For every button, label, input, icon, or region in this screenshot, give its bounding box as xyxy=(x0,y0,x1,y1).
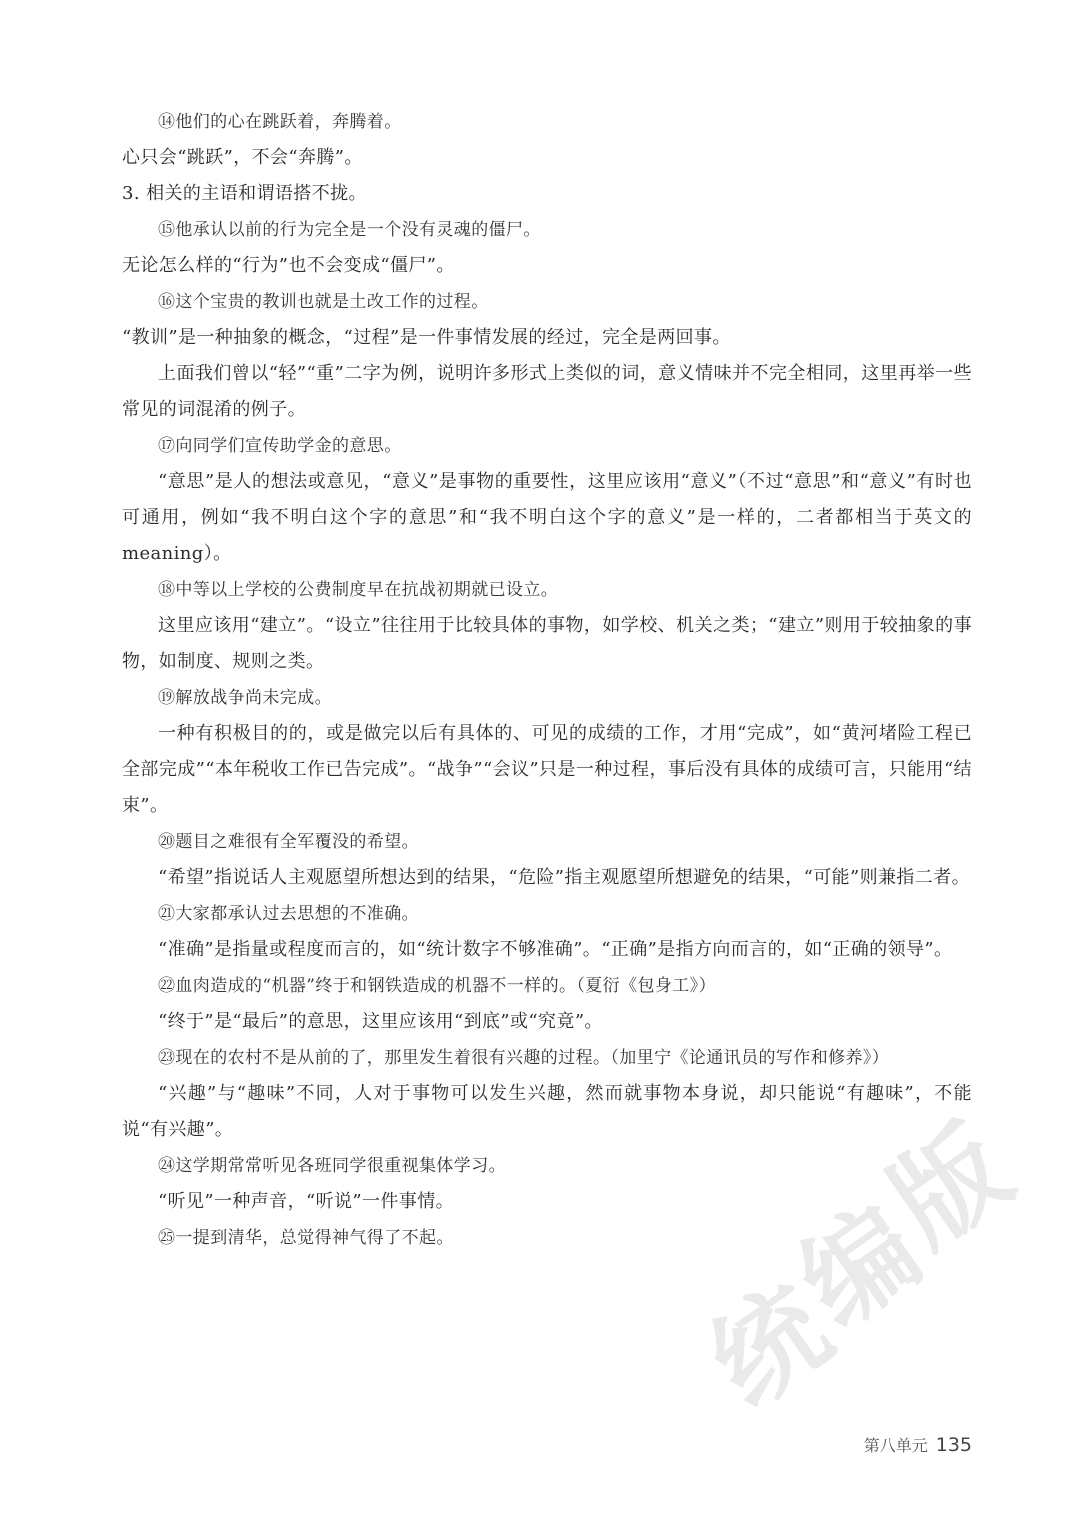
watermark-char-1: 统 xyxy=(675,1243,856,1436)
example-sentence-25: ㉕一提到清华，总觉得神气得了不起。 xyxy=(122,1220,972,1256)
explanation-16: “教训”是一种抽象的概念，“过程”是一件事情发展的经过，完全是两回事。 xyxy=(122,320,972,356)
explanation-24: “听见”一种声音，“听说”一件事情。 xyxy=(122,1184,972,1220)
explanation-21: “准确”是指量或程度而言的，如“统计数字不够准确”。“正确”是指方向而言的，如“… xyxy=(122,932,972,968)
explanation-22: “终于”是“最后”的意思，这里应该用“到底”或“究竟”。 xyxy=(122,1004,972,1040)
example-sentence-19: ⑲解放战争尚未完成。 xyxy=(122,680,972,716)
explanation-14: 心只会“跳跃”，不会“奔腾”。 xyxy=(122,140,972,176)
example-sentence-18: ⑱中等以上学校的公费制度早在抗战初期就已设立。 xyxy=(122,572,972,608)
explanation-18: 这里应该用“建立”。“设立”往往用于比较具体的事物，如学校、机关之类；“建立”则… xyxy=(122,608,972,680)
page-footer: 第八单元135 xyxy=(864,1433,972,1456)
example-sentence-16: ⑯这个宝贵的教训也就是土改工作的过程。 xyxy=(122,284,972,320)
example-sentence-22: ㉒血肉造成的“机器”终于和钢铁造成的机器不一样的。（夏衍《包身工》） xyxy=(122,968,972,1004)
explanation-17: “意思”是人的想法或意见，“意义”是事物的重要性，这里应该用“意义”（不过“意思… xyxy=(122,464,972,572)
example-sentence-23: ㉓现在的农村不是从前的了，那里发生着很有兴趣的过程。（加里宁《论通讯员的写作和修… xyxy=(122,1040,972,1076)
explanation-15: 无论怎么样的“行为”也不会变成“僵尸”。 xyxy=(122,248,972,284)
example-sentence-20: ⑳题目之难很有全军覆没的希望。 xyxy=(122,824,972,860)
intro-paragraph: 上面我们曾以“轻”“重”二字为例，说明许多形式上类似的词，意义情味并不完全相同，… xyxy=(122,356,972,428)
explanation-23: “兴趣”与“趣味”不同，人对于事物可以发生兴趣，然而就事物本身说，却只能说“有趣… xyxy=(122,1076,972,1148)
explanation-20: “希望”指说话人主观愿望所想达到的结果，“危险”指主观愿望所想避免的结果，“可能… xyxy=(122,860,972,896)
example-sentence-14: ⑭他们的心在跳跃着，奔腾着。 xyxy=(122,104,972,140)
example-sentence-21: ㉑大家都承认过去思想的不准确。 xyxy=(122,896,972,932)
unit-label: 第八单元 xyxy=(864,1436,928,1455)
section-heading-3: 3. 相关的主语和谓语搭不拢。 xyxy=(122,176,972,212)
document-body: ⑭他们的心在跳跃着，奔腾着。 心只会“跳跃”，不会“奔腾”。 3. 相关的主语和… xyxy=(122,104,972,1256)
example-sentence-17: ⑰向同学们宣传助学金的意思。 xyxy=(122,428,972,464)
example-sentence-15: ⑮他承认以前的行为完全是一个没有灵魂的僵尸。 xyxy=(122,212,972,248)
page-number: 135 xyxy=(936,1434,972,1456)
example-sentence-24: ㉔这学期常常听见各班同学很重视集体学习。 xyxy=(122,1148,972,1184)
explanation-19: 一种有积极目的的，或是做完以后有具体的、可见的成绩的工作，才用“完成”，如“黄河… xyxy=(122,716,972,824)
